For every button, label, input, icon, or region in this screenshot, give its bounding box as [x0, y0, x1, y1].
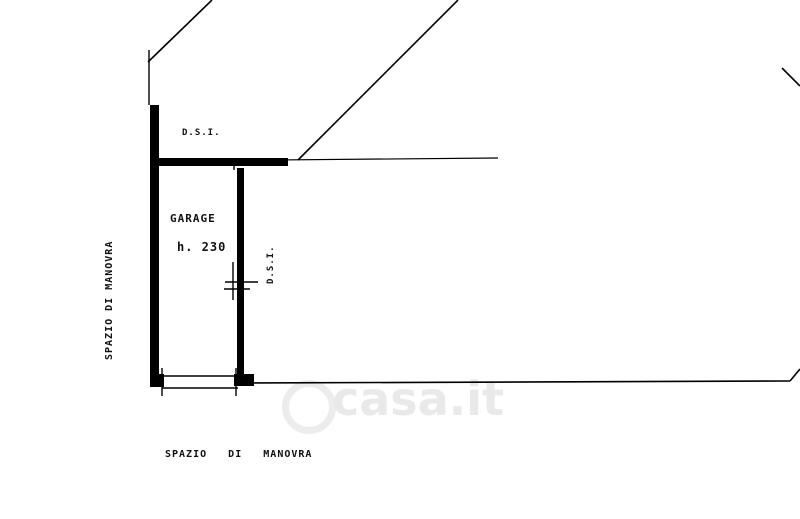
diagonal-line	[148, 0, 212, 62]
floor-plan	[0, 0, 800, 519]
maneuver-bottom-label: SPAZIO DI MANOVRA	[165, 449, 312, 460]
maneuver-left-label: SPAZIO DI MANOVRA	[104, 241, 115, 360]
room-label: GARAGE	[170, 212, 216, 225]
room-height-label: h. 230	[177, 240, 226, 254]
dsi-top-label: D.S.I.	[182, 128, 221, 138]
dsi-side-label: D.S.I.	[266, 245, 276, 284]
